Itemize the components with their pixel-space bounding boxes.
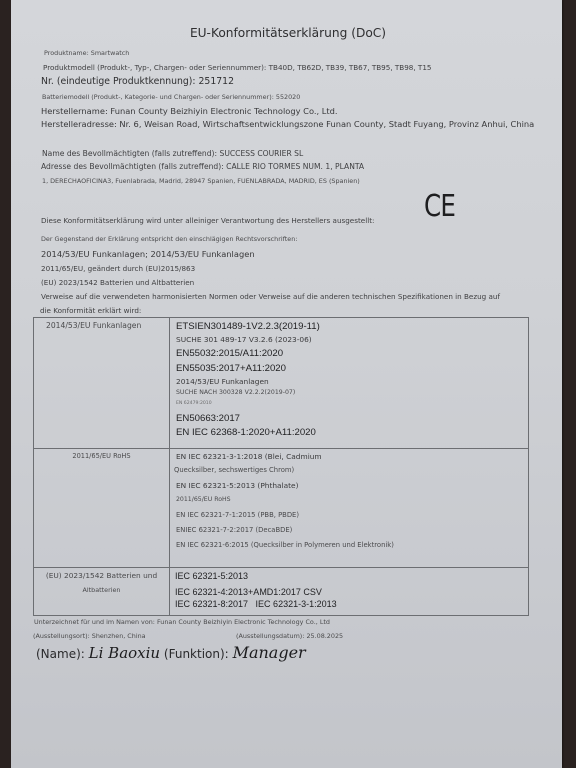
- standard-item: IEC 62321-5:2013: [175, 571, 528, 587]
- representative-name: Name des Bevollmächtigten (falls zutreff…: [42, 149, 303, 158]
- directive-cell: 2014/53/EU Funkanlagen: [34, 318, 170, 449]
- directive-cell: (EU) 2023/1542 Batterien und Altbatterie…: [34, 568, 170, 616]
- standards-cell: IEC 62321-5:2013 IEC 62321-4:2013+AMD1:2…: [170, 568, 529, 616]
- signed-on-behalf: Unterzeichnet für und im Namen von: Funa…: [34, 618, 330, 626]
- name-label: (Name):: [36, 647, 85, 661]
- standard-item: Quecksilber, sechswertiges Chrom): [174, 466, 528, 481]
- standard-item: 2014/53/EU Funkanlagen: [176, 377, 528, 389]
- legislation-intro: Der Gegenstand der Erklärung entspricht …: [41, 235, 297, 243]
- function-signature: Manager: [233, 643, 306, 662]
- table-row: 2014/53/EU Funkanlagen ETSIEN301489-1V2.…: [34, 318, 529, 449]
- table-row: 2011/65/EU RoHS EN IEC 62321-3-1:2018 (B…: [34, 449, 529, 568]
- product-model: Produktmodell (Produkt-, Typ-, Chargen- …: [43, 63, 431, 72]
- standards-table: 2014/53/EU Funkanlagen ETSIEN301489-1V2.…: [33, 317, 529, 616]
- standard-item: EN IEC 62321-3-1:2018 (Blei, Cadmium: [174, 452, 528, 466]
- standard-item: EN IEC 62321-7-1:2015 (PBB, PBDE): [174, 511, 528, 526]
- battery-model: Batteriemodell (Produkt-, Kategorie- und…: [42, 93, 300, 101]
- standard-item: EN55035:2017+A11:2020: [176, 363, 528, 377]
- manufacturer-address: Herstelleradresse: Nr. 6, Weisan Road, W…: [41, 119, 534, 129]
- standard-item: ENIEC 62321-7-2:2017 (DecaBDE): [174, 526, 528, 541]
- product-name: Produktname: Smartwatch: [44, 49, 129, 57]
- directive-label-cont: Altbatterien: [34, 580, 169, 594]
- signature-line: (Name): Li Baoxiu (Funktion): Manager: [36, 643, 306, 662]
- table-row: (EU) 2023/1542 Batterien und Altbatterie…: [34, 568, 529, 616]
- standard-item: SUCHE NACH 300328 V2.2.2(2019-07): [176, 389, 528, 401]
- responsibility-statement: Diese Konformitätserklärung wird unter a…: [41, 216, 374, 225]
- standard-item: IEC 62321-4:2013+AMD1:2017 CSV: [175, 587, 528, 599]
- standard-item: EN55032:2015/A11:2020: [176, 348, 528, 363]
- legislation-item: (EU) 2023/1542 Batterien und Altbatterie…: [41, 278, 194, 287]
- standard-item: EN IEC 62321-5:2013 (Phthalate): [174, 481, 528, 496]
- standards-intro: Verweise auf die verwendeten harmonisier…: [41, 292, 500, 301]
- standards-cell: EN IEC 62321-3-1:2018 (Blei, Cadmium Que…: [170, 449, 529, 568]
- standards-cell: ETSIEN301489-1V2.2.3(2019-11) SUCHE 301 …: [170, 318, 529, 449]
- standard-item: SUCHE 301 489-17 V3.2.6 (2023-06): [176, 335, 528, 348]
- document-title: EU-Konformitätserklärung (DoC): [0, 26, 576, 40]
- directive-cell: 2011/65/EU RoHS: [34, 449, 170, 568]
- standard-item: EN 62479:2010: [176, 401, 528, 413]
- date-of-issue: (Ausstellungsdatum): 25.08.2025: [236, 632, 343, 640]
- ce-mark-icon: CE: [424, 189, 455, 224]
- standard-item: EN IEC 62368-1:2020+A11:2020: [176, 427, 528, 441]
- legislation-item: 2014/53/EU Funkanlagen; 2014/53/EU Funka…: [41, 249, 255, 259]
- standard-item: ETSIEN301489-1V2.2.3(2019-11): [176, 321, 528, 335]
- directive-label: 2014/53/EU Funkanlagen: [34, 318, 169, 330]
- directive-label: (EU) 2023/1542 Batterien und: [34, 568, 169, 580]
- standard-item: 2011/65/EU RoHS: [174, 496, 528, 511]
- unique-product-id: Nr. (eindeutige Produktkennung): 251712: [41, 76, 234, 87]
- place-of-issue: (Ausstellungsort): Shenzhen, China: [33, 632, 146, 640]
- representative-address-cont: 1, DERECHAOFICINA3, Fuenlabrada, Madrid,…: [42, 177, 360, 185]
- standard-item: EN50663:2017: [176, 413, 528, 427]
- standard-item: EN IEC 62321-6:2015 (Quecksilber in Poly…: [174, 541, 528, 556]
- standard-item: IEC 62321-8:2017 IEC 62321-3-1:2013: [175, 599, 528, 611]
- standards-intro-cont: die Konformität erklärt wird:: [40, 306, 141, 315]
- legislation-item: 2011/65/EU, geändert durch (EU)2015/863: [41, 264, 195, 273]
- representative-address: Adresse des Bevollmächtigten (falls zutr…: [41, 162, 364, 171]
- manufacturer-name: Herstellername: Funan County Beizhiyin E…: [41, 106, 338, 116]
- name-signature: Li Baoxiu: [89, 644, 160, 662]
- directive-label: 2011/65/EU RoHS: [34, 449, 169, 460]
- function-label: (Funktion):: [164, 647, 229, 661]
